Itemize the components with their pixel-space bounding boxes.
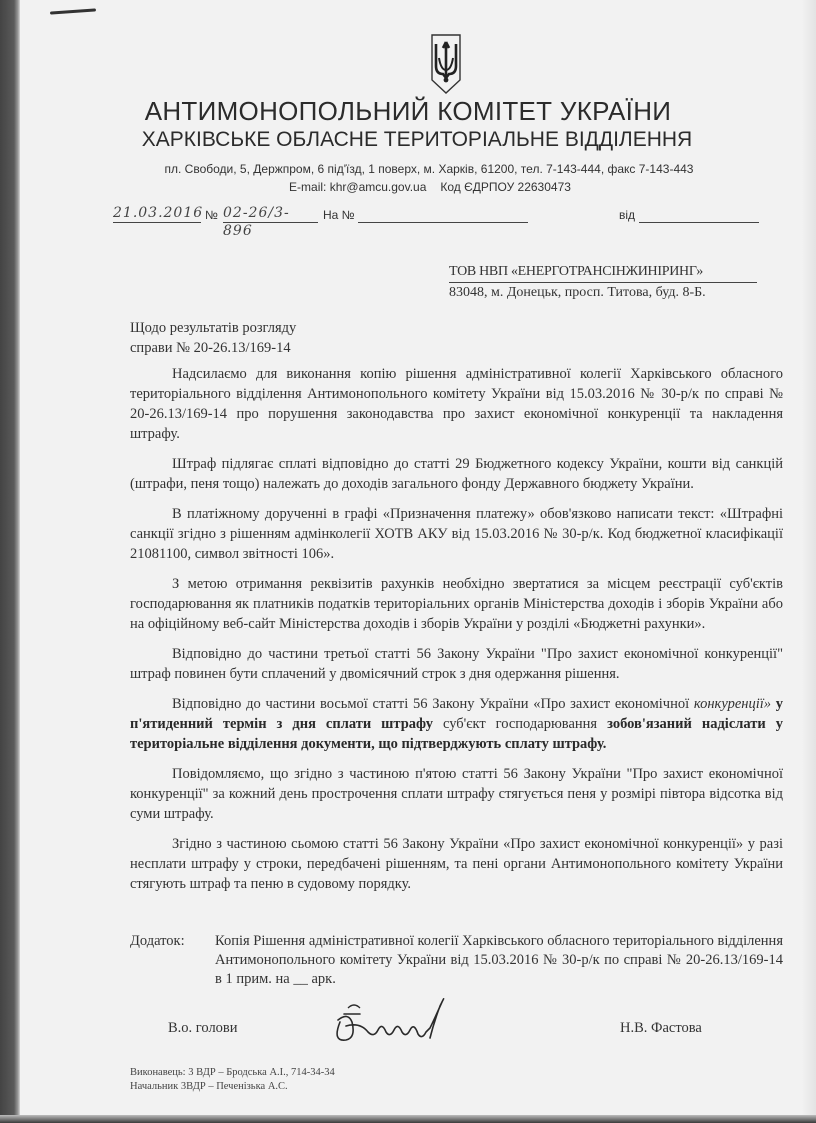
reply-to-label: На № <box>323 204 355 222</box>
letter-body: Надсилаємо для виконання копію рішення а… <box>130 364 783 904</box>
subject-line-1: Щодо результатів розгляду <box>130 318 296 338</box>
letter-subject: Щодо результатів розгляду справи № 20-26… <box>130 318 296 358</box>
body-paragraph-5: Відповідно до частини третьої статті 56 … <box>130 644 783 684</box>
organization-contacts: E-mail: khr@amcu.gov.uaКод ЄДРПОУ 226304… <box>0 180 816 194</box>
organization-edrpou: Код ЄДРПОУ 22630473 <box>440 180 571 194</box>
body-paragraph-2: Штраф підлягає сплаті відповідно до стат… <box>130 454 783 494</box>
footer-department-head: Начальник 3ВДР – Печенізька А.С. <box>130 1080 335 1094</box>
letter-page: АНТИМОНОПОЛЬНИЙ КОМІТЕТ УКРАЇНИ ХАРКІВСЬ… <box>0 0 816 1123</box>
footer-block: Виконавець: 3 ВДР – Бродська А.І., 714-3… <box>130 1066 335 1094</box>
body-paragraph-4: З метою отримання реквізитів рахунків не… <box>130 574 783 634</box>
handwritten-signature-icon <box>330 992 460 1050</box>
registration-number-label: № <box>205 204 218 222</box>
trident-coat-of-arms-icon <box>431 34 461 94</box>
attachment-text: Копія Рішення адміністративної колегії Х… <box>215 932 783 989</box>
addressee-block: ТОВ НВП «ЕНЕРГОТРАНСІНЖИНІРИНГ» 83048, м… <box>449 264 757 301</box>
addressee-name: ТОВ НВП «ЕНЕРГОТРАНСІНЖИНІРИНГ» <box>449 264 757 283</box>
reply-to-field <box>358 204 528 223</box>
organization-title: АНТИМОНОПОЛЬНИЙ КОМІТЕТ УКРАЇНИ <box>0 96 816 127</box>
subject-line-2: справи № 20-26.13/169-14 <box>130 338 296 358</box>
body-paragraph-6-text: Відповідно до частини восьмої статті 56 … <box>172 696 694 712</box>
signatory-role: В.о. голови <box>168 1020 238 1037</box>
addressee-address: 83048, м. Донецьк, просп. Титова, буд. 8… <box>449 283 757 301</box>
body-paragraph-6-text-2: суб'єкт господарювання <box>433 716 607 732</box>
registration-number: 02-26/3-896 <box>223 204 318 223</box>
organization-address: пл. Свободи, 5, Держпром, 6 під'їзд, 1 п… <box>0 162 816 176</box>
registration-date: 21.03.2016 <box>113 204 201 223</box>
body-paragraph-3: В платіжному дорученні в графі «Призначе… <box>130 504 783 564</box>
body-paragraph-8: Згідно з частиною сьомою статті 56 Закон… <box>130 834 783 894</box>
from-field <box>639 204 759 223</box>
registration-line: 21.03.2016 № 02-26/3-896 На № від <box>113 204 763 228</box>
organization-email: E-mail: khr@amcu.gov.ua <box>289 180 426 194</box>
body-paragraph-6: Відповідно до частини восьмої статті 56 … <box>130 694 783 754</box>
body-paragraph-6-italic: конкуренції» <box>694 696 771 712</box>
attachment-label: Додаток: <box>130 932 185 951</box>
from-label: від <box>619 204 635 222</box>
signatory-name: Н.В. Фастова <box>620 1020 702 1037</box>
body-paragraph-1: Надсилаємо для виконання копію рішення а… <box>130 364 783 444</box>
organization-subtitle: ХАРКІВСЬКЕ ОБЛАСНЕ ТЕРИТОРІАЛЬНЕ ВІДДІЛЕ… <box>0 128 816 152</box>
attachment-block: Додаток: Копія Рішення адміністративної … <box>130 932 783 989</box>
footer-executor: Виконавець: 3 ВДР – Бродська А.І., 714-3… <box>130 1066 335 1080</box>
body-paragraph-7: Повідомляємо, що згідно з частиною п'ято… <box>130 764 783 824</box>
